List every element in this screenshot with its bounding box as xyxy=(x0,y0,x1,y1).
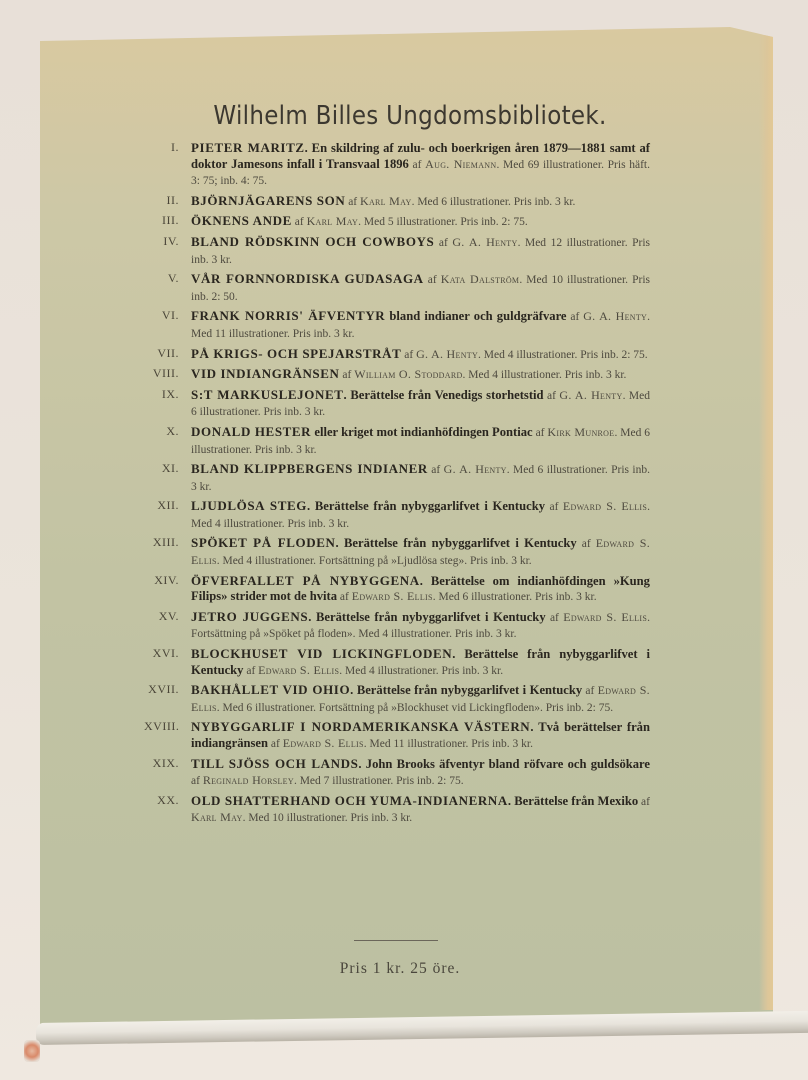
catalog-entry: XIV. ÖFVERFALLET PÅ NYBYGGENA. Berättels… xyxy=(150,573,650,606)
entry-af: af xyxy=(401,349,416,361)
entry-af: af xyxy=(434,237,452,249)
entry-af: af xyxy=(409,159,425,171)
divider-rule xyxy=(354,940,438,941)
entry-subtitle: . Berättelse från nybyggarlifvet i Kentu… xyxy=(336,536,577,550)
cover-edge xyxy=(759,35,773,1010)
entry-details: . Med 10 illustrationer. Pris inb. 3 kr. xyxy=(243,812,413,824)
entry-title: VID INDIANGRÄNSEN xyxy=(191,366,340,381)
entry-title: DONALD HESTER xyxy=(191,424,311,439)
entry-title: OLD SHATTERHAND OCH YUMA-INDIANERNA xyxy=(191,793,508,808)
entry-subtitle: bland indianer och guldgräfvare xyxy=(385,309,566,323)
entry-title: BLOCKHUSET VID LICKINGFLODEN xyxy=(191,646,452,661)
catalog-entry: XVIII. NYBYGGARLIF I NORDAMERIKANSKA VÄS… xyxy=(150,719,650,752)
entry-details: . Med 5 illustrationer. Pris inb. 2: 75. xyxy=(358,216,528,228)
entry-number: XIX. xyxy=(144,756,179,772)
entry-author: G. A. Henty xyxy=(416,347,478,361)
entry-af: af xyxy=(533,427,548,439)
entry-author: Kata Dalström xyxy=(441,272,520,286)
entry-title: ÖKNENS ANDE xyxy=(191,213,292,228)
entry-author: Aug. Niemann xyxy=(425,157,496,171)
catalog-entry: XIII. SPÖKET PÅ FLODEN. Berättelse från … xyxy=(150,535,650,569)
catalog-entry: X. DONALD HESTER eller kriget mot indian… xyxy=(150,424,650,458)
catalog-entry: IV. BLAND RÖDSKINN OCH COWBOYS af G. A. … xyxy=(150,234,650,268)
entry-subtitle: eller kriget mot indianhöfdingen Pontiac xyxy=(311,425,532,439)
entry-author: Edward S. Ellis xyxy=(352,589,433,603)
entry-af: af xyxy=(545,501,563,513)
entry-number: IX. xyxy=(144,387,179,403)
entry-title: VÅR FORNNORDISKA GUDASAGA xyxy=(191,271,424,286)
entry-author: G. A. Henty xyxy=(559,388,622,402)
entry-author: Edward S. Ellis xyxy=(563,499,647,513)
entry-af: af xyxy=(582,685,597,697)
entry-number: XIV. xyxy=(144,573,179,589)
catalog-entry: XX. OLD SHATTERHAND OCH YUMA-INDIANERNA.… xyxy=(150,793,650,827)
entry-af: af xyxy=(268,738,283,750)
entry-af: af xyxy=(337,591,352,603)
entry-subtitle: . Berättelse från nybyggarlifvet i Kentu… xyxy=(307,499,545,513)
entry-number: XX. xyxy=(144,793,179,809)
entry-author: William O. Stoddard xyxy=(354,367,462,381)
entry-af: af xyxy=(428,464,444,476)
entry-number: XVI. xyxy=(144,646,179,662)
rod-end-cap xyxy=(24,1040,40,1062)
price-label: Pris 1 kr. 25 öre. xyxy=(280,960,520,978)
entry-title: PÅ KRIGS- OCH SPEJARSTRÅT xyxy=(191,346,401,361)
entry-subtitle: . Berättelse från nybyggarlifvet i Kentu… xyxy=(350,683,582,697)
entry-number: XV. xyxy=(144,609,179,625)
entry-title: BAKHÅLLET VID OHIO xyxy=(191,682,350,697)
entry-details: . Med 4 illustrationer. Fortsättning på … xyxy=(217,555,532,567)
catalog-entry: XIX. TILL SJÖSS OCH LANDS. John Brooks ä… xyxy=(150,756,650,790)
entry-title: PIETER MARITZ xyxy=(191,140,305,155)
entry-number: VI. xyxy=(144,308,179,324)
catalog-entry: VI. FRANK NORRIS' ÄFVENTYR bland indiane… xyxy=(150,308,650,342)
entry-author: Kirk Munroe xyxy=(547,425,614,439)
entry-title: S:T MARKUSLEJONET xyxy=(191,387,344,402)
entry-title: SPÖKET PÅ FLODEN xyxy=(191,535,336,550)
entry-author: Edward S. Ellis xyxy=(283,736,364,750)
entry-title: ÖFVERFALLET PÅ NYBYGGENA xyxy=(191,573,420,588)
entry-author: Edward S. Ellis xyxy=(563,610,647,624)
entry-subtitle: . Berättelse från Venedigs storhetstid xyxy=(344,388,544,402)
entry-title: BJÖRNJÄGARENS SON xyxy=(191,193,345,208)
entry-number: VIII. xyxy=(144,366,179,382)
catalog-entry: XI. BLAND KLIPPBERGENS INDIANER af G. A.… xyxy=(150,461,650,495)
catalog-entry: XVI. BLOCKHUSET VID LICKINGFLODEN. Berät… xyxy=(150,646,650,679)
entry-af: af xyxy=(345,196,360,208)
entry-title: LJUDLÖSA STEG xyxy=(191,498,307,513)
entry-af: af xyxy=(577,538,596,550)
catalog-entry: XII. LJUDLÖSA STEG. Berättelse från nyby… xyxy=(150,498,650,532)
entry-title: TILL SJÖSS OCH LANDS xyxy=(191,756,358,771)
entry-af: af xyxy=(544,390,560,402)
entry-details: . Med 4 illustrationer. Pris inb. 3 kr. xyxy=(339,665,503,677)
entry-author: Karl May xyxy=(360,194,412,208)
catalog-entry: VII. PÅ KRIGS- OCH SPEJARSTRÅT af G. A. … xyxy=(150,346,650,364)
catalog-entry: VIII. VID INDIANGRÄNSEN af William O. St… xyxy=(150,366,650,384)
entry-title: BLAND KLIPPBERGENS INDIANER xyxy=(191,461,428,476)
page-title: Wilhelm Billes Ungdomsbibliotek. xyxy=(150,102,670,131)
entry-details: . Med 11 illustrationer. Pris inb. 3 kr. xyxy=(364,738,533,750)
entry-details: . Med 4 illustrationer. Pris inb. 2: 75. xyxy=(478,349,648,361)
catalog-entry: I. PIETER MARITZ. En skildring af zulu- … xyxy=(150,140,650,190)
entry-author: G. A. Henty xyxy=(583,309,647,323)
entry-title: NYBYGGARLIF I NORDAMERIKANSKA VÄSTERN xyxy=(191,719,530,734)
entry-af: af xyxy=(191,775,203,787)
entry-author: Karl May xyxy=(307,214,359,228)
entry-title: JETRO JUGGENS xyxy=(191,609,308,624)
entry-details: . Med 4 illustrationer. Pris inb. 3 kr. xyxy=(463,369,627,381)
entry-af: af xyxy=(243,665,258,677)
entry-af: af xyxy=(292,216,307,228)
entry-af: af xyxy=(340,369,355,381)
entry-subtitle: . Berättelse från Mexiko xyxy=(508,794,638,808)
entry-af: af xyxy=(638,796,650,808)
entry-number: IV. xyxy=(144,234,179,250)
entry-number: II. xyxy=(144,193,179,209)
entry-number: X. xyxy=(144,424,179,440)
book-catalog-list: I. PIETER MARITZ. En skildring af zulu- … xyxy=(150,140,650,830)
entry-subtitle: . Berättelse från nybyggarlifvet i Kentu… xyxy=(308,610,545,624)
catalog-entry: XV. JETRO JUGGENS. Berättelse från nybyg… xyxy=(150,609,650,643)
entry-number: XVII. xyxy=(144,682,179,698)
entry-number: III. xyxy=(144,213,179,229)
entry-title: FRANK NORRIS' ÄFVENTYR xyxy=(191,308,385,323)
entry-author: G. A. Henty xyxy=(444,462,507,476)
catalog-entry: III. ÖKNENS ANDE af Karl May. Med 5 illu… xyxy=(150,213,650,231)
catalog-entry: V. VÅR FORNNORDISKA GUDASAGA af Kata Dal… xyxy=(150,271,650,305)
entry-number: XVIII. xyxy=(144,719,179,735)
entry-details: . Med 7 illustrationer. Pris inb. 2: 75. xyxy=(294,775,464,787)
entry-af: af xyxy=(546,612,564,624)
entry-number: XI. xyxy=(144,461,179,477)
entry-number: VII. xyxy=(144,346,179,362)
entry-author: G. A. Henty xyxy=(452,235,517,249)
entry-title: BLAND RÖDSKINN OCH COWBOYS xyxy=(191,234,434,249)
entry-author: Karl May xyxy=(191,810,243,824)
entry-details: . Med 6 illustrationer. Pris inb. 3 kr. xyxy=(412,196,576,208)
entry-af: af xyxy=(567,311,584,323)
catalog-entry: XVII. BAKHÅLLET VID OHIO. Berättelse frå… xyxy=(150,682,650,716)
entry-details: . Med 6 illustrationer. Pris inb. 3 kr. xyxy=(433,591,597,603)
entry-author: Edward S. Ellis xyxy=(258,663,339,677)
entry-author: Reginald Horsley xyxy=(203,773,294,787)
entry-subtitle: . John Brooks äfventyr bland röfvare och… xyxy=(358,757,650,771)
entry-details: . Med 6 illustrationer. Fortsättning på … xyxy=(217,702,613,714)
entry-number: XIII. xyxy=(144,535,179,551)
catalog-entry: II. BJÖRNJÄGARENS SON af Karl May. Med 6… xyxy=(150,193,650,211)
entry-number: V. xyxy=(144,271,179,287)
entry-af: af xyxy=(424,274,441,286)
entry-number: I. xyxy=(144,140,179,156)
entry-number: XII. xyxy=(144,498,179,514)
catalog-entry: IX. S:T MARKUSLEJONET. Berättelse från V… xyxy=(150,387,650,421)
